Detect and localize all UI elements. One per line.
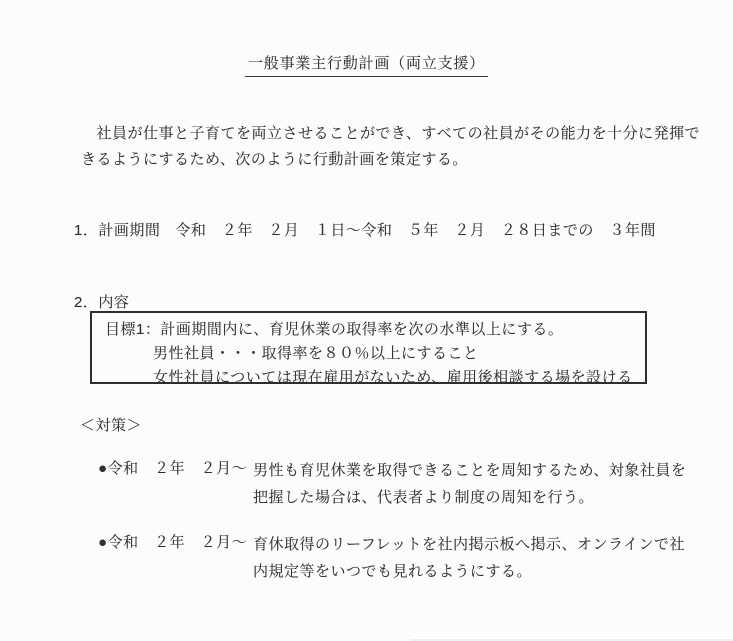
section-plan-period: 1．計画期間令和 ２年 ２月 １日～令和 ５年 ２月 ２８日までの ３年間 xyxy=(74,219,656,240)
measure-head: ●令和 ２年 ２月～ xyxy=(98,457,247,478)
measures-heading: ＜対策＞ xyxy=(80,414,142,435)
measure-text-line: 内規定等をいつでも見れるようにする。 xyxy=(253,558,723,585)
intro-line: 社員が仕事と子育てを両立させることができ、すべての社員がその能力を十分に発揮で xyxy=(81,121,700,147)
document-title: 一般事業主行動計画（両立支援） xyxy=(245,52,488,77)
measure-period: 令和 ２年 ２月～ xyxy=(108,534,248,551)
section-plan-period-label: 1．計画期間 xyxy=(74,222,160,239)
goal-line-2: 男性社員・・・取得率を８０％以上にすること xyxy=(153,342,637,366)
bullet-icon: ● xyxy=(98,460,108,477)
bullet-icon: ● xyxy=(98,534,108,551)
intro-line: きるようにするため、次のように行動計画を策定する。 xyxy=(81,147,700,173)
measure-text: 男性も育児休業を取得できることを周知するため、対象社員を 把握した場合は、代表者… xyxy=(253,457,723,511)
goal-line-1: 目標1：計画期間内に、育児休業の取得率を次の水準以上にする。 xyxy=(105,318,637,342)
measure-period: 令和 ２年 ２月～ xyxy=(108,460,248,477)
intro-paragraph: 社員が仕事と子育てを両立させることができ、すべての社員がその能力を十分に発揮で … xyxy=(81,121,700,173)
section-plan-period-value: 令和 ２年 ２月 １日～令和 ５年 ２月 ２８日までの ３年間 xyxy=(175,222,656,239)
measure-text-line: 男性も育児休業を取得できることを周知するため、対象社員を xyxy=(253,457,723,484)
goal-label: 目標1： xyxy=(105,321,160,338)
measure-head: ●令和 ２年 ２月～ xyxy=(98,531,247,552)
goal-line-3: 女性社員については現在雇用がないため、雇用後相談する場を設ける xyxy=(153,366,637,390)
goal-line-1-text: 計画期間内に、育児休業の取得率を次の水準以上にする。 xyxy=(160,321,563,338)
goal-box: 目標1：計画期間内に、育児休業の取得率を次の水準以上にする。 男性社員・・・取得… xyxy=(90,311,647,384)
document-title-row: 一般事業主行動計画（両立支援） xyxy=(0,52,733,77)
measure-text-line: 育休取得のリーフレットを社内掲示板へ掲示、オンラインで社 xyxy=(253,531,723,558)
section-contents: 2．内容 xyxy=(74,291,129,312)
section-contents-label: 2．内容 xyxy=(74,294,129,311)
measure-item: ●令和 ２年 ２月～ 育休取得のリーフレットを社内掲示板へ掲示、オンラインで社 … xyxy=(98,531,710,585)
measure-text: 育休取得のリーフレットを社内掲示板へ掲示、オンラインで社 内規定等をいつでも見れ… xyxy=(253,531,723,585)
scanned-document-page: 一般事業主行動計画（両立支援） 社員が仕事と子育てを両立させることができ、すべて… xyxy=(0,0,733,641)
measure-item: ●令和 ２年 ２月～ 男性も育児休業を取得できることを周知するため、対象社員を … xyxy=(98,457,710,511)
measure-text-line: 把握した場合は、代表者より制度の周知を行う。 xyxy=(253,484,723,511)
